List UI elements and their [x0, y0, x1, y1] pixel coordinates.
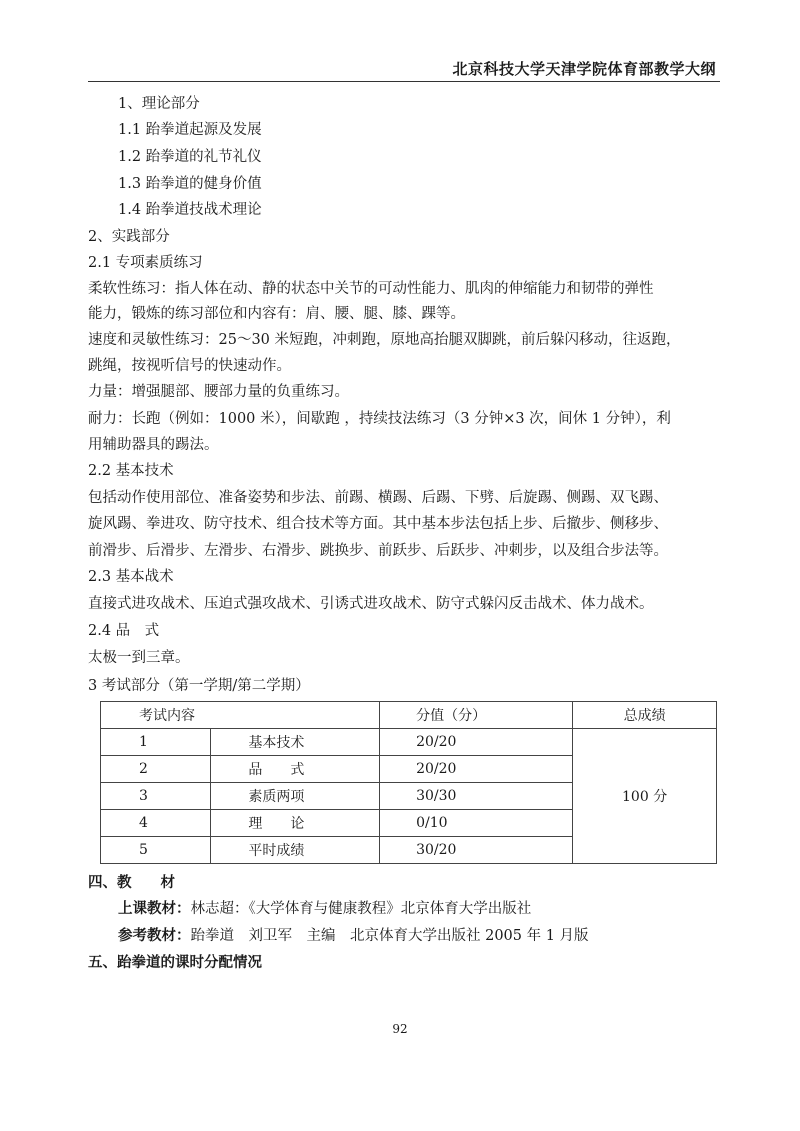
table-header-row: 考试内容 分值（分） 总成绩 [101, 702, 717, 729]
reference-textbook: 参考教材：跆拳道 刘卫军 主编 北京体育大学出版社 2005 年 1 月版 [118, 926, 589, 946]
section1-item: 1.2 跆拳道的礼节礼仪 [118, 147, 262, 167]
row-number: 2 [101, 756, 211, 783]
row-item: 品 式 [211, 756, 380, 783]
sub2-heading: 2.2 基本技术 [88, 461, 174, 481]
row-item: 理 论 [211, 810, 380, 837]
row-item: 平时成绩 [211, 837, 380, 864]
total-score: 100 分 [573, 729, 717, 864]
section3-heading: 3 考试部分（第一学期/第二学期） [88, 676, 310, 696]
row-number: 1 [101, 729, 211, 756]
flexibility-text: 能力，锻炼的练习部位和内容有：肩、腰、腿、膝、踝等。 [88, 304, 465, 324]
row-score: 0/10 [380, 810, 573, 837]
row-item: 素质两项 [211, 783, 380, 810]
row-item: 基本技术 [211, 729, 380, 756]
table-row: 1 基本技术 20/20 100 分 [101, 729, 717, 756]
section5-heading: 五、跆拳道的课时分配情况 [88, 953, 262, 973]
sub1-heading: 2.1 专项素质练习 [88, 253, 203, 273]
row-score: 30/30 [380, 783, 573, 810]
section1-heading: 1、理论部分 [118, 94, 200, 114]
exam-table: 考试内容 分值（分） 总成绩 1 基本技术 20/20 100 分 2 品 式 … [100, 701, 717, 864]
row-score: 20/20 [380, 729, 573, 756]
section1-item: 1.1 跆拳道起源及发展 [118, 120, 262, 140]
section2-heading: 2、实践部分 [88, 227, 170, 247]
endurance-text: 耐力：长跑（例如：1000 米），间歇跑 ，持续技法练习（3 分钟×3 次，间休… [88, 409, 671, 429]
header-total: 总成绩 [573, 702, 717, 729]
header-rule [88, 81, 720, 82]
technique-text: 包括动作使用部位、准备姿势和步法、前踢、横踢、后踢、下劈、后旋踢、侧踢、双飞踢、 [88, 488, 668, 508]
tactics-text: 直接式进攻战术、压迫式强攻战术、引诱式进攻战术、防守式躲闪反击战术、体力战术。 [88, 594, 654, 614]
header-content: 考试内容 [101, 702, 380, 729]
course-textbook-label: 上课教材： [118, 901, 191, 917]
row-number: 3 [101, 783, 211, 810]
speed-text: 跳绳，按视听信号的快速动作。 [88, 356, 291, 376]
section4-heading: 四、教 材 [88, 873, 175, 893]
technique-text: 前滑步、后滑步、左滑步、右滑步、跳换步、前跃步、后跃步、冲刺步，以及组合步法等。 [88, 541, 668, 561]
course-textbook: 上课教材：林志超：《大学体育与健康教程》北京体育大学出版社 [118, 899, 531, 919]
sub4-heading: 2.4 品 式 [88, 621, 159, 641]
flexibility-text: 柔软性练习：指人体在动、静的状态中关节的可动性能力、肌肉的伸缩能力和韧带的弹性 [88, 279, 654, 299]
poomsae-text: 太极一到三章。 [88, 648, 190, 668]
section1-item: 1.4 跆拳道技战术理论 [118, 200, 262, 220]
row-number: 5 [101, 837, 211, 864]
section1-item: 1.3 跆拳道的健身价值 [118, 174, 262, 194]
page-header-title: 北京科技大学天津学院体育部教学大纲 [420, 58, 716, 79]
header-score: 分值（分） [380, 702, 573, 729]
strength-text: 力量：增强腿部、腰部力量的负重练习。 [88, 382, 349, 402]
page-number: 92 [388, 1022, 412, 1036]
row-number: 4 [101, 810, 211, 837]
reference-textbook-label: 参考教材： [118, 928, 191, 944]
row-score: 20/20 [380, 756, 573, 783]
endurance-text: 用辅助器具的踢法。 [88, 435, 219, 455]
technique-text: 旋风踢、拳进攻、防守技术、组合技术等方面。其中基本步法包括上步、后撤步、侧移步、 [88, 514, 668, 534]
row-score: 30/20 [380, 837, 573, 864]
sub3-heading: 2.3 基本战术 [88, 567, 174, 587]
course-textbook-value: 林志超：《大学体育与健康教程》北京体育大学出版社 [191, 901, 532, 917]
speed-text: 速度和灵敏性练习：25～30 米短跑，冲刺跑，原地高抬腿双脚跳，前后躲闪移动，往… [88, 330, 681, 350]
reference-textbook-value: 跆拳道 刘卫军 主编 北京体育大学出版社 2005 年 1 月版 [191, 928, 589, 944]
